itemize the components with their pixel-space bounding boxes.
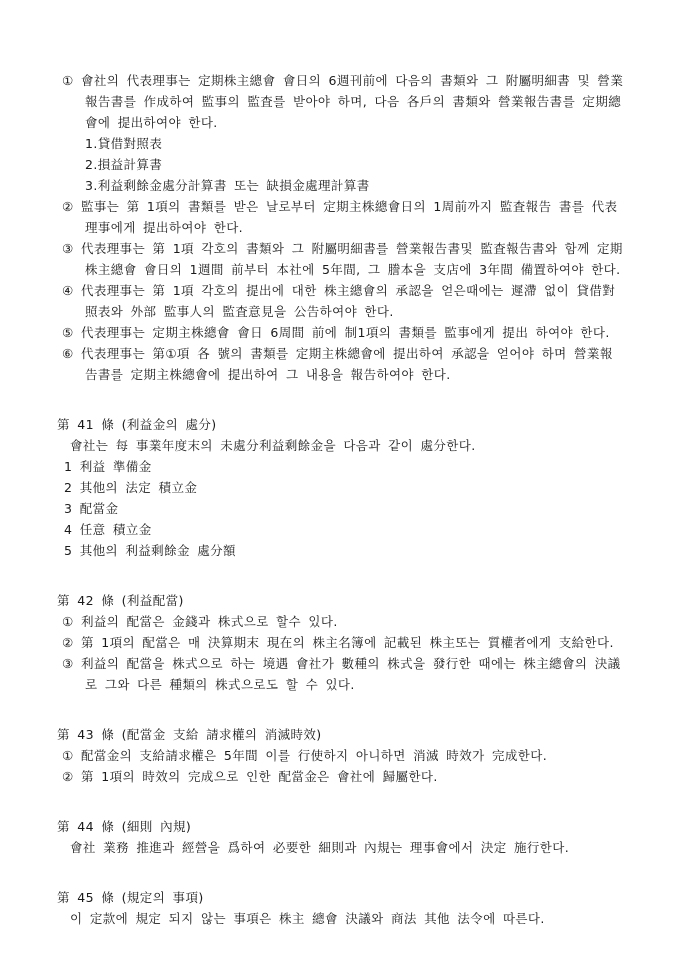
clause-1-line-2: 報告書를 作成하여 監事의 監査를 받아야 하며, 다음 各戶의 書類와 營業報… (85, 91, 680, 112)
clause-3-line-1: ③ 代表理事는 第 1項 각호의 書類와 그 附屬明細書를 營業報告書및 監査報… (62, 238, 680, 259)
article-41-list-item-4: 4 任意 積立金 (64, 519, 680, 540)
article-43-clause-1: ① 配當金의 支給請求權은 5年間 이를 行使하지 아니하면 消滅 時效가 完成… (62, 745, 680, 766)
article-42-clause-1: ① 利益의 配當은 金錢과 株式으로 할수 있다. (62, 611, 680, 632)
article-44: 第 44 條 (細則 內規) 會社 業務 推進과 經營을 爲하여 必要한 細則과… (0, 816, 680, 858)
preceding-article-items: ① 會社의 代表理事는 定期株主總會 會日의 6週刊前에 다음의 書類와 그 附… (0, 70, 680, 385)
clause-6-line-2: 告書를 定期主株總會에 提出하여 그 내용을 報告하여야 한다. (85, 364, 680, 385)
article-42-clause-3-line-2: 로 그와 다른 種類의 株式으로도 할 수 있다. (85, 674, 680, 695)
clause-4-line-2: 照表와 外部 監事人의 監査意見을 公告하여야 한다. (85, 301, 680, 322)
article-42: 第 42 條 (利益配當) ① 利益의 配當은 金錢과 株式으로 할수 있다. … (0, 590, 680, 695)
clause-4-line-1: ④ 代表理事는 第 1項 각호의 提出에 대한 株主總會의 承認을 얻은때에는 … (62, 280, 680, 301)
clause-3-line-2: 株主總會 會日의 1週間 前부터 本社에 5年間, 그 謄本을 支店에 3年間 … (85, 259, 680, 280)
clause-5-line-1: ⑤ 代表理事는 定期主株總會 會日 6周間 前에 制1項의 書類를 監事에게 提… (62, 322, 680, 343)
article-41-list-item-1: 1 利益 準備金 (64, 456, 680, 477)
clause-1-subitem-3: 3.利益剩餘金處分計算書 또는 缺損金處理計算書 (85, 175, 680, 196)
article-43-clause-2: ② 第 1項의 時效의 完成으로 인한 配當金은 會社에 歸屬한다. (62, 766, 680, 787)
clause-2-line-2: 理事에게 提出하여야 한다. (85, 217, 680, 238)
article-41-list-item-2: 2 其他의 法定 積立金 (64, 477, 680, 498)
clause-1-subitem-1: 1.貸借對照表 (85, 133, 680, 154)
article-43: 第 43 條 (配當金 支給 請求權의 消滅時效) ① 配當金의 支給請求權은 … (0, 724, 680, 787)
clause-2-line-1: ② 監事는 第 1項의 書類를 받은 날로부터 定期主株總會日의 1周前까지 監… (62, 196, 680, 217)
clause-6-line-1: ⑥ 代表理事는 第①項 各 號의 書類를 定期主株總會에 提出하여 承認을 얻어… (62, 343, 680, 364)
article-42-title: 第 42 條 (利益配當) (57, 590, 680, 611)
article-45-body: 이 定款에 規定 되지 않는 事項은 株主 總會 決議와 商法 其他 法令에 따… (70, 908, 680, 929)
article-41: 第 41 條 (利益金의 處分) 會社는 每 事業年度末의 未處分利益剩餘金을 … (0, 414, 680, 561)
clause-1-line-1: ① 會社의 代表理事는 定期株主總會 會日의 6週刊前에 다음의 書類와 그 附… (62, 70, 680, 91)
article-41-body: 會社는 每 事業年度末의 未處分利益剩餘金을 다음과 같이 處分한다. (70, 435, 680, 456)
clause-1-subitem-2: 2.損益計算書 (85, 154, 680, 175)
article-45-title: 第 45 條 (規定의 事項) (57, 887, 680, 908)
article-42-clause-2: ② 第 1項의 配當은 매 決算期末 現在의 株主名簿에 記載된 株主또는 質權… (62, 632, 680, 653)
article-41-title: 第 41 條 (利益金의 處分) (57, 414, 680, 435)
article-41-list-item-3: 3 配當金 (64, 498, 680, 519)
article-44-title: 第 44 條 (細則 內規) (57, 816, 680, 837)
article-44-body: 會社 業務 推進과 經營을 爲하여 必要한 細則과 內規는 理事會에서 決定 施… (70, 837, 680, 858)
article-43-title: 第 43 條 (配當金 支給 請求權의 消滅時效) (57, 724, 680, 745)
article-45: 第 45 條 (規定의 事項) 이 定款에 規定 되지 않는 事項은 株主 總會… (0, 887, 680, 929)
clause-1-line-3: 會에 提出하여야 한다. (85, 112, 680, 133)
article-42-clause-3-line-1: ③ 利益의 配當을 株式으로 하는 境遇 會社가 數種의 株式을 發行한 때에는… (62, 653, 680, 674)
document-page: ① 會社의 代表理事는 定期株主總會 會日의 6週刊前에 다음의 書類와 그 附… (0, 0, 680, 962)
article-41-list-item-5: 5 其他의 利益剩餘金 處分額 (64, 540, 680, 561)
